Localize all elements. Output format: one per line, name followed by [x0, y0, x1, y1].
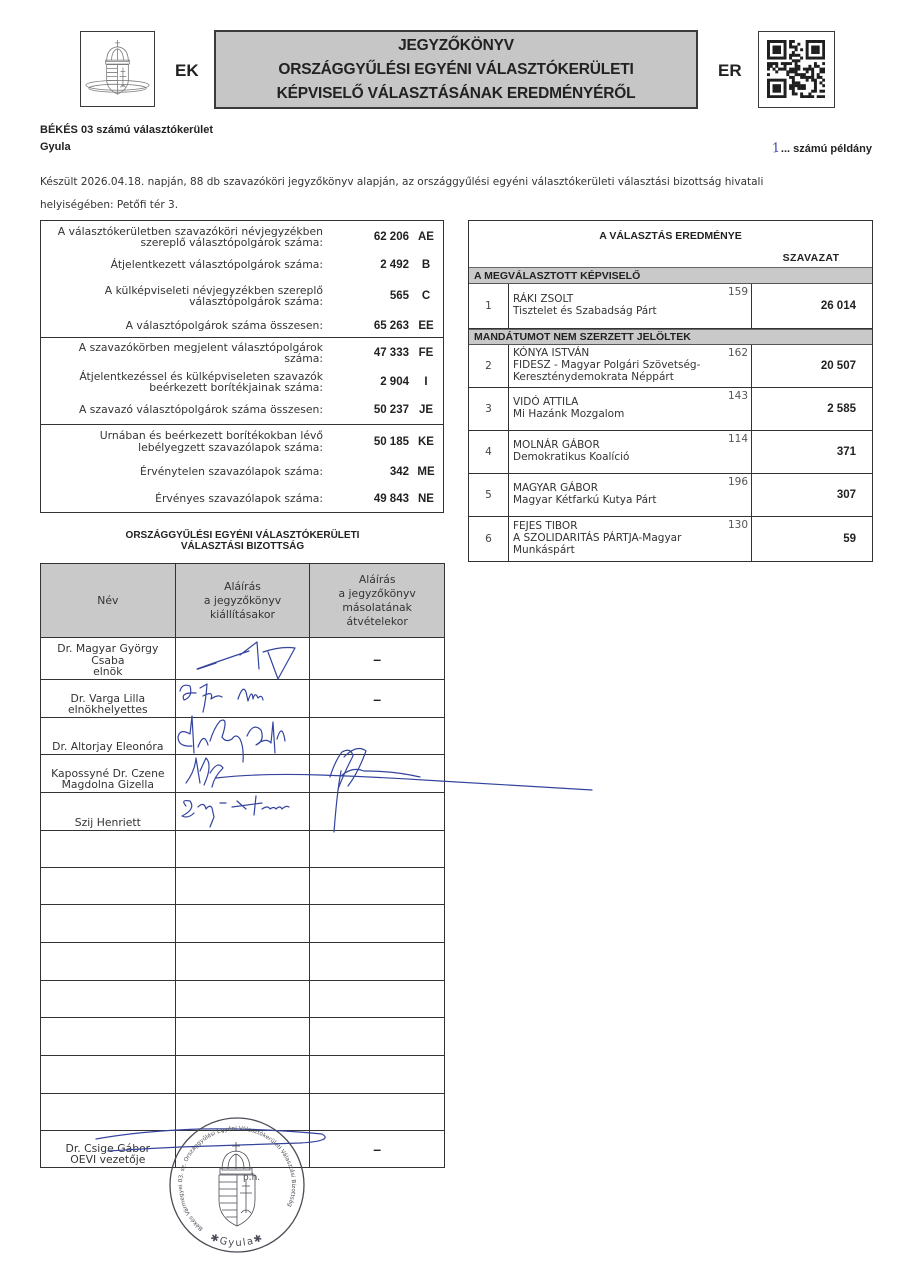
- candidate-party: Mi Hazánk Mozgalom: [513, 409, 624, 421]
- member-name: [41, 868, 175, 904]
- signature-cell: [175, 981, 310, 1018]
- coat-of-arms-icon: [81, 32, 154, 106]
- stat-label-line: választópolgárok száma:: [41, 296, 323, 308]
- column-header: Aláírása jegyzőkönyvmásolatánakátvételek…: [310, 564, 445, 638]
- member-name-cell: [41, 831, 176, 868]
- copy-number: 1... számú példány: [772, 141, 872, 156]
- column-header-line: másolatának: [310, 601, 444, 615]
- member-name: [41, 1018, 175, 1055]
- candidate-text: VIDÓ ATTILAMi Hazánk Mozgalom: [513, 397, 624, 421]
- signature-cell: [175, 718, 310, 755]
- candidate-row: 5196MAGYAR GÁBORMagyar Kétfarkú Kutya Pá…: [469, 474, 872, 517]
- candidate-text: KÓNYA ISTVÁNFIDESZ - Magyar Polgári Szöv…: [513, 348, 700, 383]
- stat-code: NE: [409, 493, 443, 505]
- stat-group: A szavazókörben megjelent választópolgár…: [41, 337, 443, 424]
- member-name: [41, 1094, 175, 1130]
- empty-row: [41, 1018, 445, 1056]
- ballot-number: 162: [728, 347, 748, 359]
- section-heading: A MEGVÁLASZTOTT KÉPVISELŐ: [469, 267, 872, 284]
- stat-group: Urnában és beérkezett borítékokban lévől…: [41, 424, 443, 512]
- member-name-cell: [41, 981, 176, 1018]
- copy-signature-cell: [310, 981, 445, 1018]
- member-name-line: elnökhelyettes: [68, 704, 148, 715]
- stat-label: A szavazó választópolgárok száma összese…: [41, 404, 323, 416]
- member-name: [41, 981, 175, 1017]
- stat-value: 2 492: [323, 259, 409, 271]
- stat-code: ME: [409, 466, 443, 478]
- stat-row: A választókerületben szavazóköri névjegy…: [41, 221, 443, 253]
- candidate-cell: 159RÁKI ZSOLTTisztelet és Szabadság Párt: [509, 284, 752, 328]
- candidate-cell: 162KÓNYA ISTVÁNFIDESZ - Magyar Polgári S…: [509, 345, 752, 387]
- member-name-cell: [41, 1094, 176, 1131]
- empty-row: [41, 981, 445, 1018]
- member-name: [41, 831, 175, 867]
- empty-row: [41, 1094, 445, 1131]
- member-row: Dr. Magyar GyörgyCsabaelnök–: [41, 638, 445, 680]
- er-code: ER: [718, 61, 742, 81]
- signature-cell: [175, 943, 310, 981]
- member-name: [41, 905, 175, 942]
- stat-row: Érvényes szavazólapok száma:49 843NE: [41, 486, 443, 512]
- stat-label-line: Érvénytelen szavazólapok száma:: [41, 466, 323, 478]
- member-name-cell: [41, 868, 176, 905]
- ballot-number: 159: [728, 286, 748, 298]
- copy-signature-cell: [310, 718, 445, 755]
- member-name-line: Dr. Magyar György: [57, 643, 158, 654]
- candidate-votes: 2 585: [752, 388, 872, 430]
- signature-cell: [175, 1018, 310, 1056]
- stat-code: EE: [409, 320, 443, 332]
- member-name-line: OEVI vezetője: [70, 1154, 145, 1165]
- member-row: Dr. Varga Lillaelnökhelyettes–: [41, 680, 445, 718]
- column-header-line: Név: [41, 594, 175, 608]
- copy-signature-cell: [310, 868, 445, 905]
- results-title: A VÁLASZTÁS EREDMÉNYE: [469, 230, 872, 242]
- stat-label-line: Átjelentkezett választópolgárok száma:: [41, 259, 323, 271]
- candidate-cell: 196MAGYAR GÁBORMagyar Kétfarkú Kutya Pár…: [509, 474, 752, 516]
- stat-value: 62 206: [323, 231, 409, 243]
- copy-signature-cell: [310, 905, 445, 943]
- member-name: [41, 1056, 175, 1093]
- candidate-votes: 26 014: [752, 284, 872, 328]
- committee-signature-table: NévAláírása jegyzőkönyvkiállításakorAláí…: [40, 563, 445, 1168]
- member-name-cell: Szij Henriett: [41, 793, 176, 831]
- stat-value: 50 237: [323, 404, 409, 416]
- column-header-line: Aláírás: [176, 580, 310, 594]
- committee-title: ORSZÁGGYŰLÉSI EGYÉNI VÁLASZTÓKERÜLETIVÁL…: [40, 531, 445, 552]
- copy-mark: –: [310, 691, 444, 707]
- stat-code: KE: [409, 436, 443, 448]
- copy-signature-cell: [310, 831, 445, 868]
- signature-cell: [175, 680, 310, 718]
- signature-cell: [175, 868, 310, 905]
- ballot-number: 143: [728, 390, 748, 402]
- copy-mark: –: [310, 1141, 444, 1157]
- member-name: Szij Henriett: [41, 793, 175, 830]
- voter-statistics-table: A választókerületben szavazóköri névjegy…: [40, 220, 444, 513]
- section-heading: MANDÁTUMOT NEM SZERZETT JELÖLTEK: [469, 329, 872, 345]
- candidate-text: RÁKI ZSOLTTisztelet és Szabadság Párt: [513, 294, 657, 318]
- signature-cell: [175, 638, 310, 680]
- document-title: JEGYZŐKÖNYVORSZÁGGYŰLÉSI EGYÉNI VÁLASZTÓ…: [214, 30, 698, 109]
- copy-mark: –: [310, 651, 444, 667]
- candidate-party: Kereszténydemokrata Néppárt: [513, 372, 700, 384]
- member-row: Dr. Csige GáborOEVI vezetője–: [41, 1131, 445, 1168]
- stat-code: I: [409, 376, 443, 388]
- signature-cell: [175, 755, 310, 793]
- member-name-line: Szij Henriett: [75, 817, 141, 828]
- member-name-cell: Dr. Csige GáborOEVI vezetője: [41, 1131, 176, 1168]
- stat-row: A szavazó választópolgárok száma összese…: [41, 396, 443, 424]
- copy-signature-cell: [310, 1094, 445, 1131]
- candidate-party: Magyar Kétfarkú Kutya Párt: [513, 495, 656, 507]
- member-name-cell: Dr. Magyar GyörgyCsabaelnök: [41, 638, 176, 680]
- title-line: KÉPVISELŐ VÁLASZTÁSÁNAK EREDMÉNYÉRŐL: [277, 82, 636, 106]
- candidate-text: MOLNÁR GÁBORDemokratikus Koalíció: [513, 440, 629, 464]
- stat-label: A választópolgárok száma összesen:: [41, 320, 323, 332]
- stat-label: Átjelentkezéssel és külképviseleten szav…: [41, 371, 323, 394]
- candidate-rank: 5: [469, 474, 509, 516]
- candidate-row: 6130FEJES TIBORA SZOLIDARITÁS PÁRTJA-Mag…: [469, 517, 872, 561]
- stat-value: 565: [323, 290, 409, 302]
- stat-code: B: [409, 259, 443, 271]
- stat-label: Urnában és beérkezett borítékokban lévől…: [41, 430, 323, 453]
- stat-row: A külképviseleti névjegyzékben szereplőv…: [41, 277, 443, 315]
- stat-label: A külképviseleti névjegyzékben szereplőv…: [41, 285, 323, 308]
- member-row: Szij Henriett: [41, 793, 445, 831]
- copy-signature-cell: [310, 943, 445, 981]
- stat-label: A szavazókörben megjelent választópolgár…: [41, 342, 323, 365]
- stat-label-line: A szavazókörben megjelent választópolgár…: [41, 342, 323, 354]
- committee-title-line: VÁLASZTÁSI BIZOTTSÁG: [40, 542, 445, 553]
- stat-row: Urnában és beérkezett borítékokban lévől…: [41, 425, 443, 458]
- candidate-cell: 114MOLNÁR GÁBORDemokratikus Koalíció: [509, 431, 752, 473]
- empty-row: [41, 905, 445, 943]
- stat-label-line: A szavazó választópolgárok száma összese…: [41, 404, 323, 416]
- member-name-cell: [41, 1018, 176, 1056]
- member-name-cell: Dr. Varga Lillaelnökhelyettes: [41, 680, 176, 718]
- stat-label: Érvényes szavazólapok száma:: [41, 493, 323, 505]
- candidate-rank: 1: [469, 284, 509, 328]
- title-line: ORSZÁGGYŰLÉSI EGYÉNI VÁLASZTÓKERÜLETI: [278, 58, 633, 82]
- candidate-rank: 4: [469, 431, 509, 473]
- election-results-table: A VÁLASZTÁS EREDMÉNYESZAVAZATA MEGVÁLASZ…: [468, 220, 873, 562]
- copy-signature-cell: –: [310, 1131, 445, 1168]
- member-name-line: Dr. Altorjay Eleonóra: [52, 741, 163, 752]
- stat-code: AE: [409, 231, 443, 243]
- member-name: Dr. Varga Lillaelnökhelyettes: [41, 680, 175, 717]
- column-header-line: Aláírás: [310, 573, 444, 587]
- copy-signature-cell: [310, 755, 445, 793]
- candidate-text: MAGYAR GÁBORMagyar Kétfarkú Kutya Párt: [513, 483, 656, 507]
- member-name: Dr. Altorjay Eleonóra: [41, 718, 175, 754]
- candidate-party: Demokratikus Koalíció: [513, 452, 629, 464]
- candidate-row: 3143VIDÓ ATTILAMi Hazánk Mozgalom2 585: [469, 388, 872, 431]
- stat-row: Átjelentkezéssel és külképviseleten szav…: [41, 368, 443, 396]
- member-name: [41, 943, 175, 980]
- stat-row: A szavazókörben megjelent választópolgár…: [41, 338, 443, 368]
- copy-signature-cell: [310, 793, 445, 831]
- ballot-number: 114: [728, 433, 748, 445]
- copy-signature-cell: –: [310, 680, 445, 718]
- member-name-cell: [41, 943, 176, 981]
- column-header: Aláírása jegyzőkönyvkiállításakor: [175, 564, 310, 638]
- member-name: Kapossyné Dr. CzeneMagdolna Gizella: [41, 755, 175, 792]
- candidate-rank: 2: [469, 345, 509, 387]
- signature-cell: [175, 793, 310, 831]
- column-header: Név: [41, 564, 176, 638]
- stat-label-line: lebélyegzett szavazólapok száma:: [41, 442, 323, 454]
- stat-label: Átjelentkezett választópolgárok száma:: [41, 259, 323, 271]
- stamp-city-text: ✱Gyula✱: [209, 1232, 266, 1249]
- committee-title-line: ORSZÁGGYŰLÉSI EGYÉNI VÁLASZTÓKERÜLETI: [40, 531, 445, 542]
- stat-label-line: beérkezett borítékjainak száma:: [41, 382, 323, 394]
- candidate-row: 4114MOLNÁR GÁBORDemokratikus Koalíció371: [469, 431, 872, 474]
- stat-code: JE: [409, 404, 443, 416]
- votes-column-header: SZAVAZAT: [750, 252, 872, 264]
- candidate-rank: 6: [469, 517, 509, 561]
- candidate-row: 2162KÓNYA ISTVÁNFIDESZ - Magyar Polgári …: [469, 345, 872, 388]
- member-row: Dr. Altorjay Eleonóra: [41, 718, 445, 755]
- stat-row: A választópolgárok száma összesen:65 263…: [41, 315, 443, 337]
- candidate-rank: 3: [469, 388, 509, 430]
- signature-cell: [175, 1131, 310, 1168]
- member-name-cell: Dr. Altorjay Eleonóra: [41, 718, 176, 755]
- candidate-row: 1159RÁKI ZSOLTTisztelet és Szabadság Pár…: [469, 284, 872, 329]
- results-title-row: A VÁLASZTÁS EREDMÉNYESZAVAZAT: [469, 221, 872, 267]
- member-name-cell: Kapossyné Dr. CzeneMagdolna Gizella: [41, 755, 176, 793]
- signature-cell: [175, 1056, 310, 1094]
- svg-text:✱Gyula✱: ✱Gyula✱: [209, 1232, 266, 1249]
- member-name: Dr. Magyar GyörgyCsabaelnök: [41, 638, 175, 679]
- signature-cell: [175, 905, 310, 943]
- stat-label-line: szereplő választópolgárok száma:: [41, 237, 323, 249]
- empty-row: [41, 831, 445, 868]
- empty-row: [41, 943, 445, 981]
- copy-label: ... számú példány: [781, 143, 872, 155]
- candidate-cell: 143VIDÓ ATTILAMi Hazánk Mozgalom: [509, 388, 752, 430]
- intro-text-line: Készült 2026.04.18. napján, 88 db szavaz…: [40, 176, 763, 188]
- empty-row: [41, 868, 445, 905]
- member-name-line: Magdolna Gizella: [62, 779, 154, 790]
- member-name: Dr. Csige GáborOEVI vezetője: [41, 1131, 175, 1167]
- stat-label-line: Urnában és beérkezett borítékokban lévő: [41, 430, 323, 442]
- stat-label: A választókerületben szavazóköri névjegy…: [41, 226, 323, 249]
- stamp-center-text: p.h.: [243, 1173, 260, 1183]
- stat-group: A választókerületben szavazóköri névjegy…: [41, 221, 443, 337]
- stat-value: 65 263: [323, 320, 409, 332]
- ballot-number: 196: [728, 476, 748, 488]
- stat-row: Érvénytelen szavazólapok száma:342ME: [41, 458, 443, 486]
- member-name-cell: [41, 905, 176, 943]
- candidate-votes: 371: [752, 431, 872, 473]
- signature-cell: [175, 831, 310, 868]
- committee-header-row: NévAláírása jegyzőkönyvkiállításakorAláí…: [41, 564, 445, 638]
- stat-value: 342: [323, 466, 409, 478]
- stat-label-line: száma:: [41, 353, 323, 365]
- member-row: Kapossyné Dr. CzeneMagdolna Gizella: [41, 755, 445, 793]
- stat-row: Átjelentkezett választópolgárok száma:2 …: [41, 253, 443, 277]
- handwritten-copy-number: 1: [770, 140, 781, 156]
- candidate-votes: 59: [752, 517, 872, 561]
- column-header-line: kiállításakor: [176, 608, 310, 622]
- stat-label: Érvénytelen szavazólapok száma:: [41, 466, 323, 478]
- candidate-cell: 130FEJES TIBORA SZOLIDARITÁS PÁRTJA-Magy…: [509, 517, 752, 561]
- copy-signature-cell: –: [310, 638, 445, 680]
- stat-label-line: A választópolgárok száma összesen:: [41, 320, 323, 332]
- stat-value: 47 333: [323, 347, 409, 359]
- stat-label-line: Érvényes szavazólapok száma:: [41, 493, 323, 505]
- qr-code: [758, 31, 835, 108]
- ek-code: EK: [175, 61, 199, 81]
- stat-value: 2 904: [323, 376, 409, 388]
- column-header-line: a jegyzőkönyv: [176, 594, 310, 608]
- district-name: BÉKÉS 03 számú választókerület: [40, 124, 213, 136]
- candidate-text: FEJES TIBORA SZOLIDARITÁS PÁRTJA-MagyarM…: [513, 521, 681, 556]
- column-header-line: a jegyzőkönyv: [310, 587, 444, 601]
- stat-value: 50 185: [323, 436, 409, 448]
- member-name-cell: [41, 1056, 176, 1094]
- ballot-number: 130: [728, 519, 748, 531]
- candidate-votes: 20 507: [752, 345, 872, 387]
- stat-value: 49 843: [323, 493, 409, 505]
- member-name-line: elnök: [93, 666, 122, 677]
- signature-cell: [175, 1094, 310, 1131]
- qr-code-icon: [767, 40, 825, 98]
- title-line: JEGYZŐKÖNYV: [398, 34, 514, 58]
- coat-of-arms-logo: [80, 31, 155, 107]
- candidate-party: Tisztelet és Szabadság Párt: [513, 306, 657, 318]
- district-city: Gyula: [40, 141, 71, 153]
- candidate-votes: 307: [752, 474, 872, 516]
- copy-signature-cell: [310, 1056, 445, 1094]
- column-header-line: átvételekor: [310, 615, 444, 629]
- copy-signature-cell: [310, 1018, 445, 1056]
- candidate-party: Munkáspárt: [513, 545, 681, 557]
- empty-row: [41, 1056, 445, 1094]
- stat-code: FE: [409, 347, 443, 359]
- stat-code: C: [409, 290, 443, 302]
- intro-text-line: helyiségében: Petőfi tér 3.: [40, 199, 178, 211]
